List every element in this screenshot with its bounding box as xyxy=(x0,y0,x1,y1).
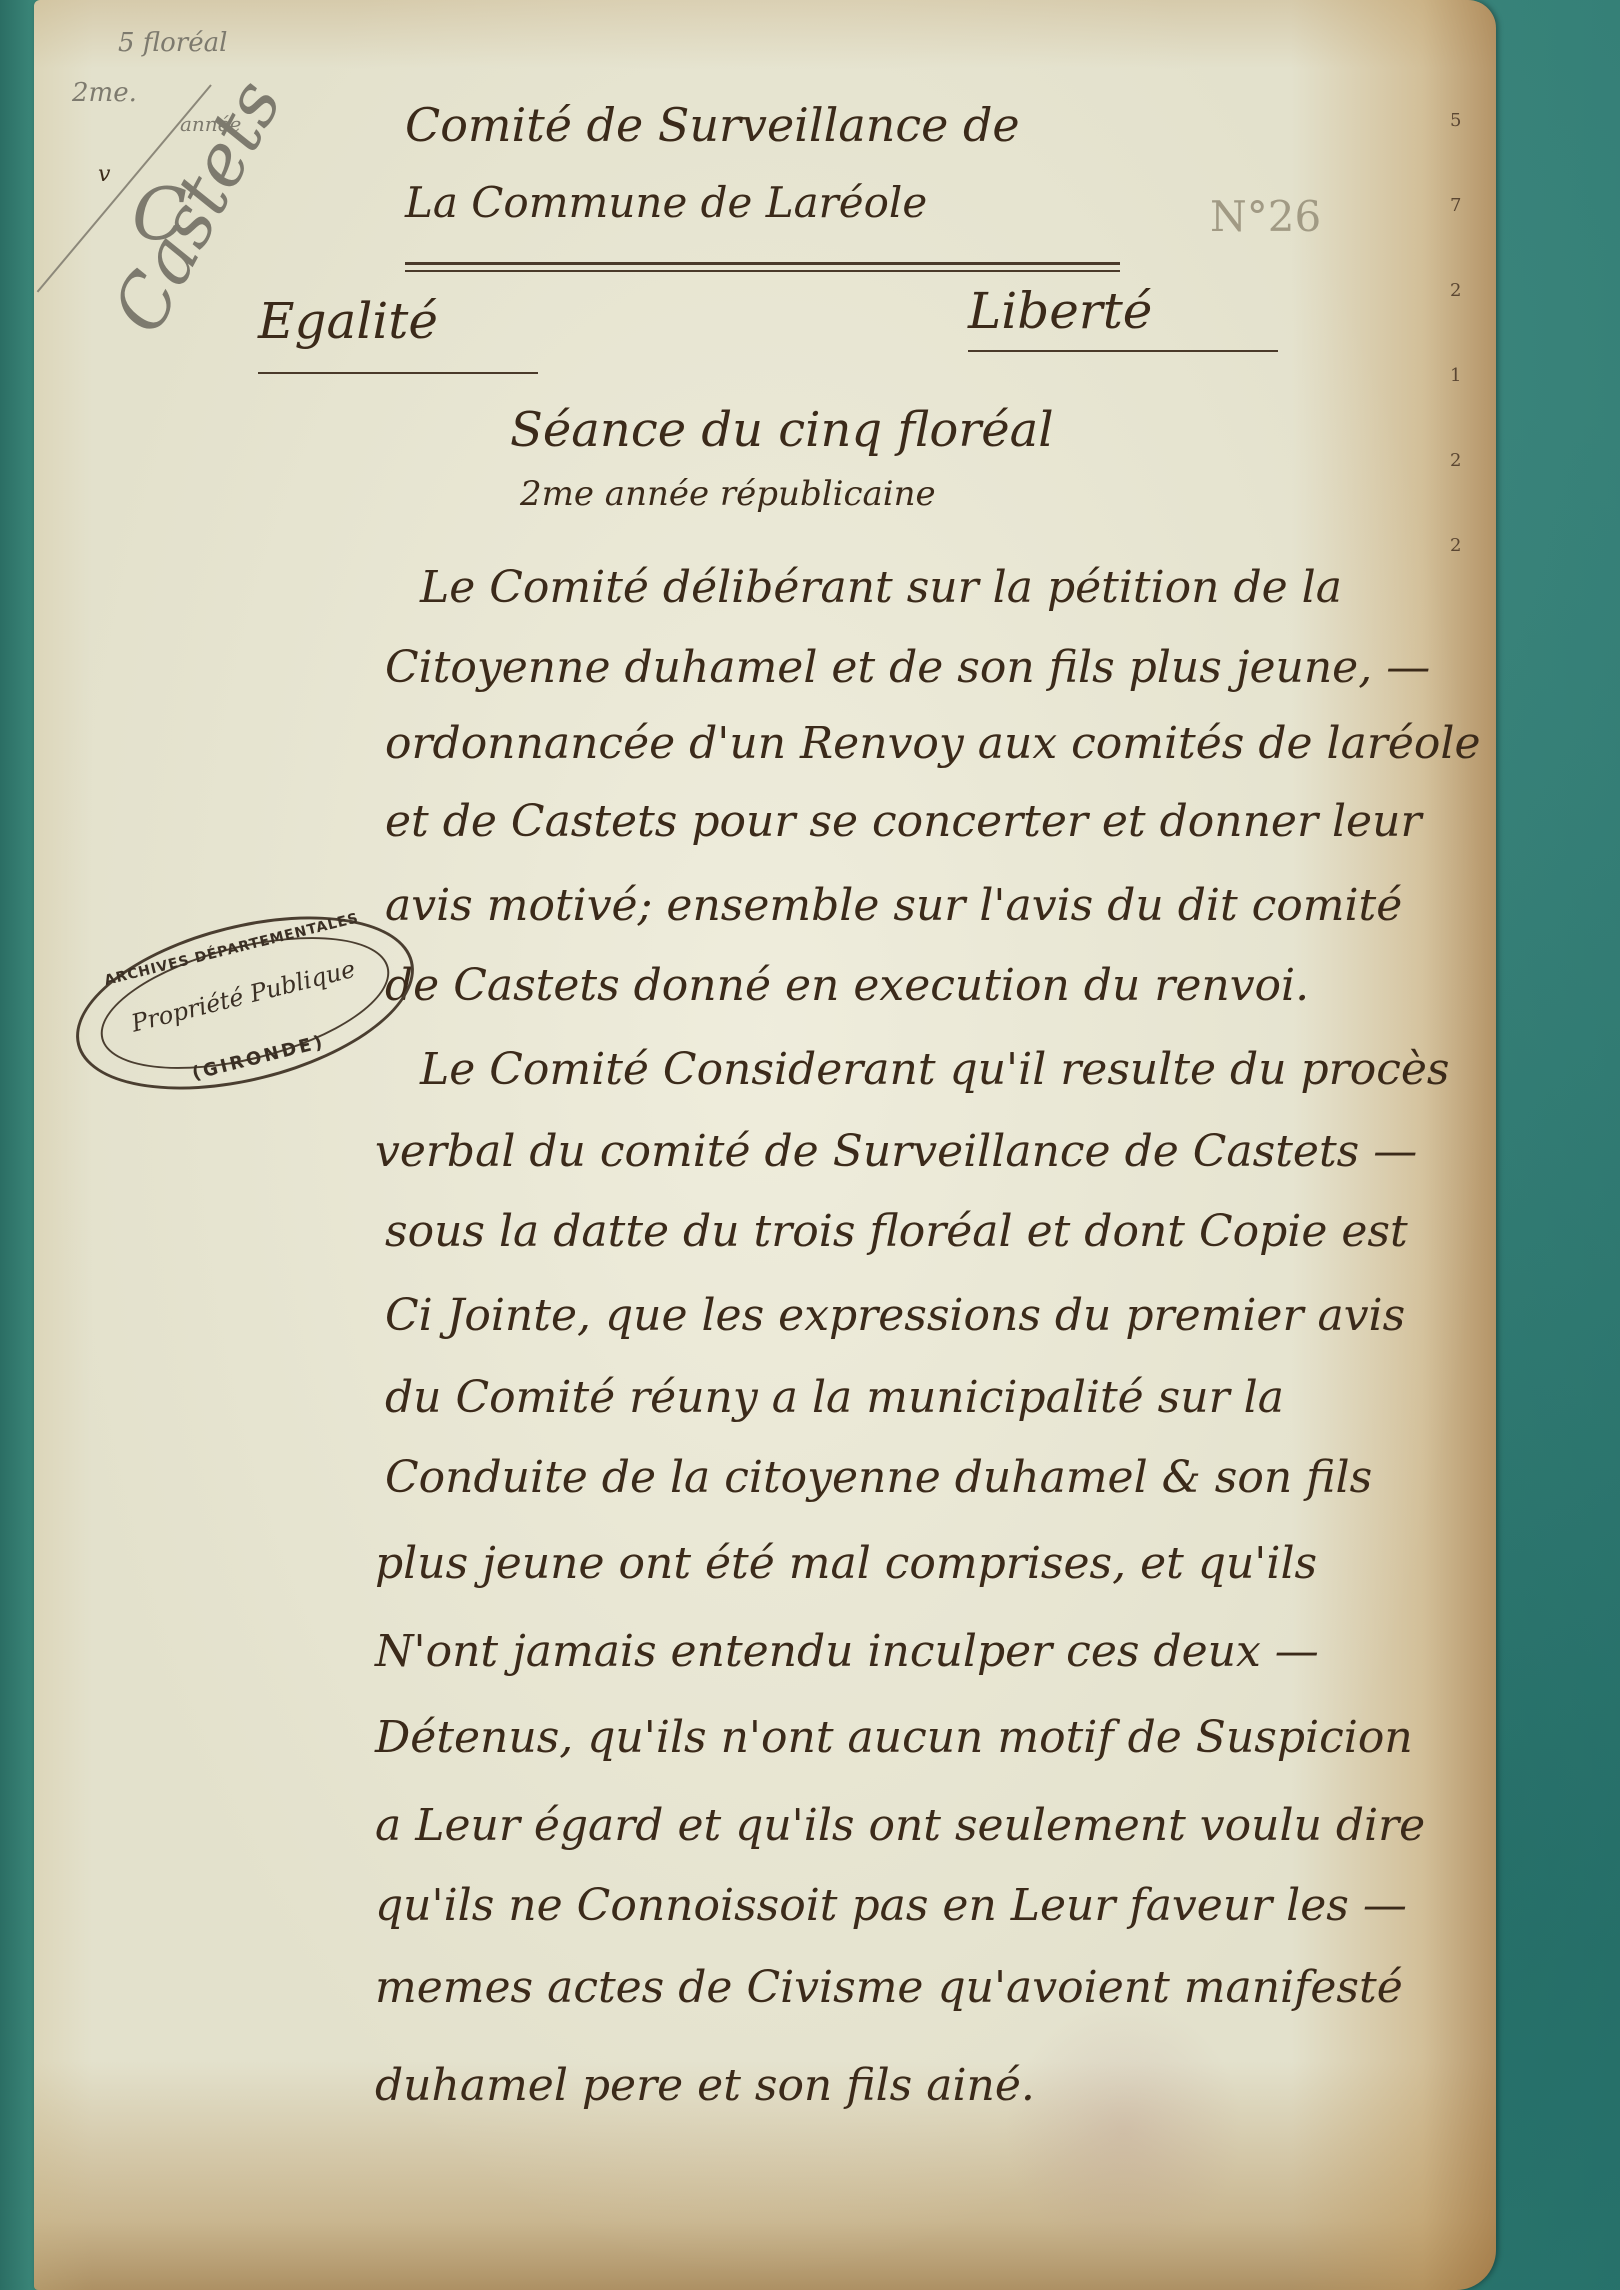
margin-mark: 2 xyxy=(1450,450,1461,535)
motto-liberte-underline xyxy=(968,350,1278,352)
header-commune-title: La Commune de Laréole xyxy=(405,178,927,227)
body-line: de Castets donné en execution du renvoi. xyxy=(385,960,1309,1011)
body-line: a Leur égard et qu'ils ont seulement vou… xyxy=(375,1800,1425,1851)
pencil-note-year: 2me. xyxy=(72,78,137,108)
body-line: Détenus, qu'ils n'ont aucun motif de Sus… xyxy=(375,1712,1413,1763)
body-line: avis motivé; ensemble sur l'avis du dit … xyxy=(385,880,1402,931)
header-double-rule-bottom xyxy=(405,270,1120,272)
motto-liberte: Liberté xyxy=(968,282,1152,340)
body-line: sous la datte du trois floréal et dont C… xyxy=(385,1206,1408,1257)
body-line: et de Castets pour se concerter et donne… xyxy=(385,796,1421,847)
header-committee-title: Comité de Surveillance de xyxy=(405,98,1020,152)
motto-egalite-underline xyxy=(258,372,538,374)
body-line: duhamel pere et son fils ainé. xyxy=(375,2060,1035,2111)
document-number: N°26 xyxy=(1210,192,1321,241)
margin-mark: 7 xyxy=(1450,195,1461,280)
body-line: du Comité réuny a la municipalité sur la xyxy=(385,1372,1284,1423)
body-line: Conduite de la citoyenne duhamel & son f… xyxy=(385,1452,1372,1503)
margin-mark: 1 xyxy=(1450,365,1461,450)
body-line: ordonnancée d'un Renvoy aux comités de l… xyxy=(385,718,1481,769)
motto-egalite: Egalité xyxy=(258,292,438,350)
body-line: plus jeune ont été mal comprises, et qu'… xyxy=(375,1538,1317,1589)
session-subtitle: 2me année républicaine xyxy=(520,474,936,514)
ink-mark-v: v xyxy=(98,162,110,187)
right-margin-marks: 5 7 2 1 2 2 xyxy=(1450,110,1461,620)
pencil-note-date: 5 floréal xyxy=(118,28,227,58)
body-line: Le Comité délibérant sur la pétition de … xyxy=(420,562,1342,613)
session-title: Séance du cinq floréal xyxy=(510,402,1054,458)
margin-mark: 5 xyxy=(1450,110,1461,195)
body-line: qu'ils ne Connoissoit pas en Leur faveur… xyxy=(375,1880,1407,1931)
body-line: N'ont jamais entendu inculper ces deux — xyxy=(375,1626,1319,1677)
body-line: memes actes de Civisme qu'avoient manife… xyxy=(375,1962,1403,2013)
body-line: Le Comité Considerant qu'il resulte du p… xyxy=(420,1044,1449,1095)
margin-mark: 2 xyxy=(1450,535,1461,620)
paper-stain xyxy=(1004,2000,1244,2260)
margin-mark: 2 xyxy=(1450,280,1461,365)
body-line: verbal du comité de Surveillance de Cast… xyxy=(375,1126,1417,1177)
body-line: Citoyenne duhamel et de son fils plus je… xyxy=(385,642,1430,693)
header-double-rule-top xyxy=(405,262,1120,265)
body-line: Ci Jointe, que les expressions du premie… xyxy=(385,1290,1405,1341)
